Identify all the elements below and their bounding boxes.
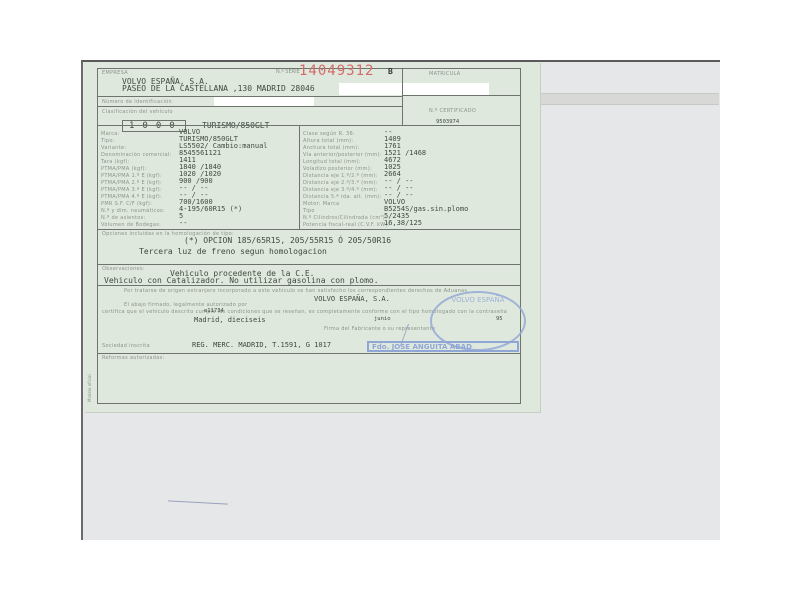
observaciones-label: Observaciones: (102, 266, 145, 272)
spec-label: Longitud total (mm): (303, 159, 361, 165)
spec-value: -- (179, 219, 187, 227)
spec-label: Anchura total (mm): (303, 145, 359, 151)
spec-label: Tipo: (101, 138, 115, 144)
spec-label: Tara (kgf): (101, 159, 130, 165)
redacted-vin (214, 97, 314, 106)
observaciones-line-2: Vehiculo con Catalizador. No utilizar ga… (104, 276, 379, 285)
certificado-label: N.º CERTIFICADO (429, 108, 476, 114)
spec-label: Distancia eje 1.º/2.º (mm): (303, 173, 378, 179)
spec-label: Tipo (303, 208, 315, 214)
divider (97, 106, 402, 107)
spec-label: PTMA/PMA (kgf): (101, 166, 147, 172)
spec-label: Denominación comercial: (101, 152, 171, 158)
divider (402, 95, 521, 96)
side-label: Modelo oficial (87, 322, 93, 402)
matricula-label: MATRICULA (429, 71, 461, 77)
sociedad-label: Sociedad inscrita (102, 343, 150, 349)
clasificacion-code: 1000 (122, 120, 186, 132)
identificacion-label: Número de identificación (102, 99, 172, 105)
spec-label: PTMA/PMA 1.º E (kgf): (101, 173, 162, 179)
divider (97, 229, 521, 230)
certificacion-text-1: Por tratarse de origen extranjero incorp… (124, 288, 514, 294)
serie-suffix: B (388, 67, 393, 76)
spec-label: Distancia 5.ª rda. alt. (mm): (303, 194, 382, 200)
spec-label: Distancia eje 3.º/4.º (mm): (303, 187, 378, 193)
divider (402, 68, 403, 125)
spec-label: Variante: (101, 145, 126, 151)
serie-label: N.º SERIE (276, 69, 300, 75)
spec-label: N.º de asientos: (101, 215, 146, 221)
vehicle-technical-card: EMPRESA N.º SERIE 14049312 B VOLVO ESPAÑ… (84, 62, 540, 412)
empresa-address: PASEO DE LA CASTELLANA ,130 MADRID 28046 (122, 84, 315, 93)
serie-number: 14049312 (299, 63, 374, 79)
opciones-line-2: Tercera luz de freno segun homologacion (139, 247, 327, 256)
spec-label: PTMA/PMA 4.º E (kgf): (101, 194, 162, 200)
spec-label: Clase según R. 36: (303, 131, 355, 137)
signatory-stamp: Fdo. JOSE ANGUITA ABAD (367, 341, 519, 352)
spec-label: Volumen de Bodegas: (101, 222, 161, 228)
spec-label: N.º y dim. neumáticos: (101, 208, 165, 214)
contrasena: e11734 (204, 308, 224, 314)
date-month: junio (374, 316, 391, 322)
empresa-label: EMPRESA (102, 70, 128, 76)
spec-label: Altura total (mm): (303, 138, 353, 144)
redacted-area (339, 83, 489, 95)
spec-label: N.º Cilindros/Cilindrada (cm³): (303, 215, 387, 221)
divider (97, 125, 521, 126)
stamp-text: VOLVO ESPAÑA (451, 296, 504, 304)
spec-label: PMR S.F. C/F (kgf): (101, 201, 152, 207)
divider (97, 353, 521, 354)
registro: REG. MERC. MADRID, T.1591, G 1017 (192, 341, 331, 349)
certificacion-company: VOLVO ESPAÑA, S.A. (314, 295, 390, 303)
spec-label: PTMA/PMA 2.º E (kgf): (101, 180, 162, 186)
place-date: Madrid, dieciseis (194, 316, 266, 324)
clasificacion-label: Clasificación del vehículo (102, 109, 173, 115)
divider (97, 285, 521, 286)
reformas-label: Reformas autorizadas: (102, 355, 164, 361)
divider (97, 264, 521, 265)
spec-label: Distancia eje 2.º/3.º (mm): (303, 180, 378, 186)
spec-label: Vía anterior/posterior (mm): (303, 152, 382, 158)
spec-label: Potencia fiscal-real (C.V.F. kW): (303, 222, 390, 228)
spec-label: Marca: (101, 131, 120, 137)
spec-label: Motor: Marca (303, 201, 339, 207)
scanner-strip (540, 93, 719, 105)
spec-value: 16,38/125 (384, 219, 422, 227)
spec-label: PTMA/PMA 3.º E (kgf): (101, 187, 162, 193)
spec-value: 4-195/60R15 (*) (179, 205, 242, 213)
certificacion-text-2: El abajo firmado, legalmente autorizado … (124, 302, 247, 308)
spec-label: Voladizo posterior (mm): (303, 166, 372, 172)
divider (299, 125, 300, 229)
opciones-line-1: (*) OPCION 185/65R15, 205/55R15 Ó 205/50… (184, 236, 391, 245)
